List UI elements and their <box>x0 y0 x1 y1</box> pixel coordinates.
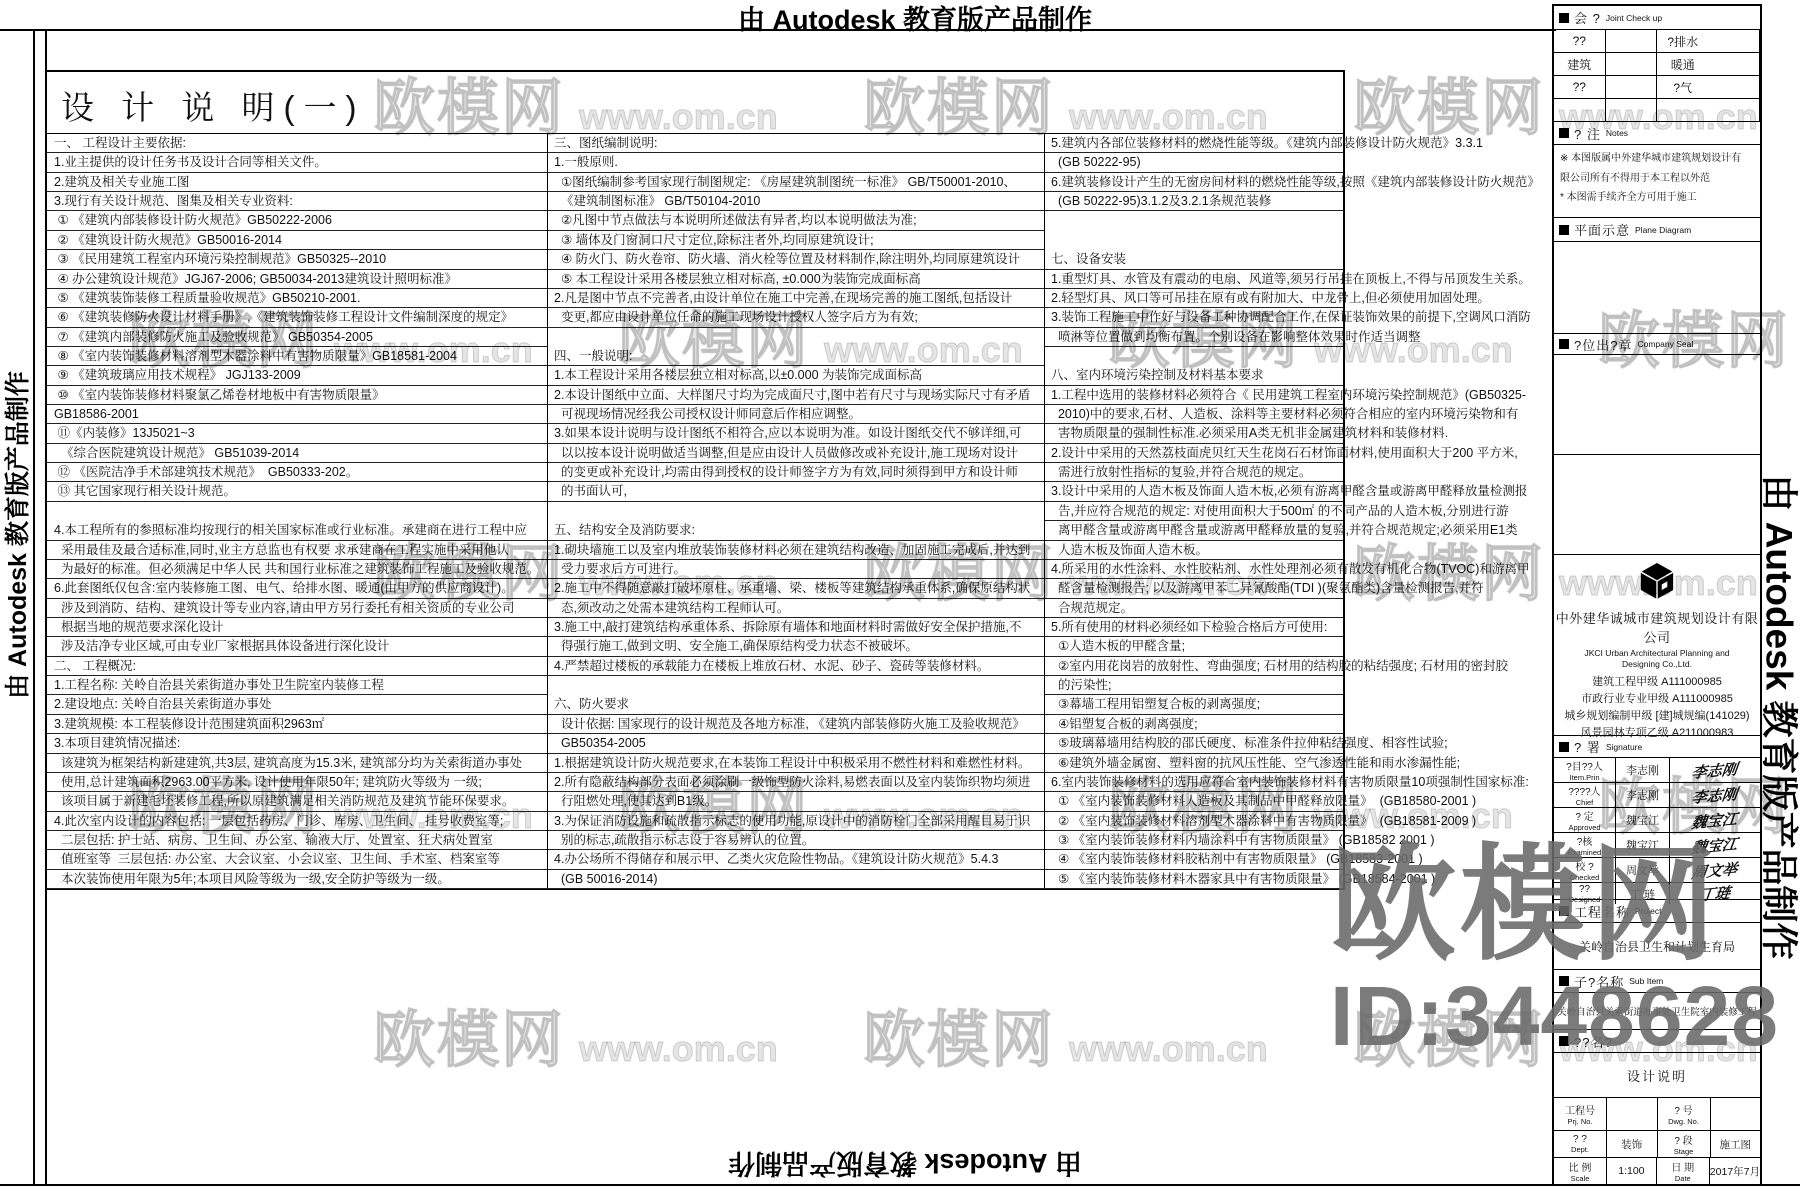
table-row: 2.轻型灯具、风口等可吊挂在原有或有附加大、中龙骨上,但必须使用加固处理。 <box>1044 289 1343 308</box>
title-block: 会 ? Joint Check up ???排水建筑暖通???气 ? 注 Not… <box>1552 4 1762 1186</box>
joint-check-cell <box>1606 30 1658 53</box>
company-logo-icon <box>1638 562 1676 600</box>
dept-value: 装饰 <box>1607 1131 1658 1157</box>
signature-role: ?目??人 Item.Prin <box>1554 758 1616 782</box>
table-row: 值班室等 三层包括: 办公室、大会议室、小会议室、卫生间、手术室、档案室等 <box>47 850 547 869</box>
table-row: 3.建筑规模: 本工程装修设计范围建筑面积2963㎡ <box>47 715 547 734</box>
table-row: 6.室内装饰装修材料的选用应符合室内装饰装修材料有害物质限量10项强制性国家标准… <box>1044 773 1343 792</box>
joint-check-cell <box>1709 99 1761 122</box>
table-row: ④ 办公建筑设计规范》JGJ67-2006; GB50034-2013建筑设计照… <box>47 270 547 289</box>
table-row: 变更,都应由设计单位任命的施工现场设计授权人签字后方为有效; <box>547 308 1044 327</box>
section-marker-icon <box>1559 13 1569 23</box>
notes-columns: 一、 工程设计主要依据:1.业主提供的设计任务书及设计合同等相关文件。2.建筑及… <box>47 134 1343 889</box>
table-row: 2.建筑及相关专业施工图 <box>47 173 547 192</box>
signature-header: ? 署 Signature <box>1554 736 1760 758</box>
table-row: 2.施工中不得随意敲打破坏原柱、承重墙、梁、楼板等建筑结构承重体系,确保原结构状 <box>547 579 1044 598</box>
table-row: 醛含量检测报告; 以及游离甲苯二异氰酸酯(TDI )(聚氨酯类)含量检测报告,并… <box>1044 579 1343 598</box>
table-row: 根据当地的规范要求深化设计 <box>47 618 547 637</box>
table-row: 离甲醛含量或游离甲醛含量或游离甲醛释放量的复验,并符合规范规定;必须采用E1类 <box>1044 521 1343 540</box>
column-middle: 三、图纸编制说明:1.一般原则. ①图纸编制参考国家现行制图规定: 《房屋建筑制… <box>547 134 1044 889</box>
date-value: 2017年7月 <box>1710 1158 1760 1184</box>
project-header: 工程名称 Project <box>1554 900 1760 923</box>
table-row: ⑬ 其它国家现行相关设计规范。 <box>47 482 547 501</box>
table-row: ⑤玻璃幕墙用结构胶的邵氏硬度、标准条件拉伸粘结强度、相容性试验; <box>1044 734 1343 753</box>
table-row <box>47 502 547 521</box>
table-row: 喷淋等位置做到均衡布置。个别设备在影响整体效果时作适当调整 <box>1044 328 1343 347</box>
table-row: ⑫ 《医院洁净手术部建筑技术规范》 GB50333-202。 <box>47 463 547 482</box>
drawing-number-value <box>1711 1098 1761 1130</box>
drawing-name: 设计说明 <box>1554 1053 1760 1098</box>
joint-check-cell <box>1709 53 1761 76</box>
sub-item-name: 关岭自治县关索街道办事处卫生院室内装修工程 <box>1554 993 1760 1030</box>
table-row: 3.设计中采用的人造木板及饰面人造木板,必须有游离甲醛含量或游离甲醛释放量检测报 <box>1044 482 1343 501</box>
joint-check-cell <box>1606 99 1658 122</box>
section-marker-icon <box>1559 906 1569 916</box>
table-row: 为最好的标准。但必须满足中华人民 共和国行业标准之建筑装饰工程施工及验收规范。 <box>47 560 547 579</box>
note-line: * 本图需手续齐全方可用于施工 <box>1560 188 1754 208</box>
table-row: GB18586-2001 <box>47 405 547 424</box>
joint-check-cell <box>1709 76 1761 99</box>
table-row: 《建筑制图标准》 GB/T50104-2010 <box>547 192 1044 211</box>
table-row: ④ 防火门、防火卷帘、防火墙、消火栓等位置及材料制作,除注明外,均同原建筑设计 <box>547 250 1044 269</box>
table-row: ⑦ 《建筑内部装修防火施工及验收规范》 GB50354-2005 <box>47 328 547 347</box>
table-row: ②室内用花岗岩的放射性、弯曲强度; 石材用的结构胶的粘结强度; 石材用的密封胶 <box>1044 657 1343 676</box>
column-divider-2 <box>1044 133 1045 888</box>
signature-handwriting: 李志刚 <box>1670 758 1760 782</box>
table-row: 二层包括: 护士站、病房、卫生间、办公室、输液大厅、处置室、狂犬病处置室 <box>47 831 547 850</box>
table-row: 《综合医院建筑设计规范》 GB51039-2014 <box>47 444 547 463</box>
table-row: 采用最佳及最合适标准,同时,业主方总监也有权要 求承建商在工程实施中采用他认 <box>47 541 547 560</box>
signature-role: ????人 Chief <box>1554 783 1616 807</box>
table-row: ④铝塑复合板的剥离强度; <box>1044 715 1343 734</box>
joint-check-cell: ?? <box>1554 30 1606 53</box>
column-right: 5.建筑内各部位装修材料的燃烧性能等级。《建筑内部装修设计防火规范》3.3.1 … <box>1044 134 1343 889</box>
dept-stage-row: ? ? Dept. 装饰 ? 段 Stage 施工图 <box>1554 1131 1760 1158</box>
table-row: 4.严禁超过楼板的承载能力在楼板上堆放石材、水泥、砂子、瓷砖等装修材料。 <box>547 657 1044 676</box>
company-name-en: JKCI Urban Architectural Planning and De… <box>1554 648 1760 670</box>
signature-name: 李志刚 <box>1616 758 1670 782</box>
table-row: 6.此套图纸仅包含:室内装修施工图、电气、给排水图、暖通(由甲方的供应商设计)。 <box>47 579 547 598</box>
table-row: 1.一般原则. <box>547 153 1044 172</box>
joint-check-cell: ?排水 <box>1657 30 1709 53</box>
table-row: 1.工程中选用的装修材料必须符合《 民用建筑工程室内环境污染控制规范》(GB50… <box>1044 386 1343 405</box>
table-row: ① 《建筑内部装修设计防火规范》GB50222-2006 <box>47 211 547 230</box>
signature-row: ?核 Examined 魏宝江 魏宝江 <box>1554 833 1760 858</box>
table-row: 1.业主提供的设计任务书及设计合同等相关文件。 <box>47 153 547 172</box>
joint-check-cell: 暖通 <box>1657 53 1709 76</box>
table-row: (GB 50016-2014) <box>547 870 1044 889</box>
table-row: 的变更或补充设计,均需由得到授权的设计师签字方为有效,同时须得到甲方和设计师 <box>547 463 1044 482</box>
autodesk-banner-left: 由 Autodesk 教育版产品制作 <box>0 320 34 750</box>
table-row: 六、防火要求 <box>547 695 1044 714</box>
table-row: (GB 50222-95)3.1.2及3.2.1条规范装修 <box>1044 192 1343 211</box>
table-row: 别的标志,疏散指示标志设于容易辨认的位置。 <box>547 831 1044 850</box>
project-number-row: 工程号 Prj. No. ? 号 Dwg. No. <box>1554 1098 1760 1131</box>
joint-check-cell <box>1606 76 1658 99</box>
table-row: ② 《室内装饰装修材料溶剂型木器涂料中有害物质限量》 (GB18581-2009… <box>1044 812 1343 831</box>
table-row: 使用,总计建筑面积2963.00平方米, 设计使用年限50年; 建筑防火等级为 … <box>47 773 547 792</box>
sub-item-header: 子?名称 Sub Item <box>1554 970 1760 993</box>
column-left: 一、 工程设计主要依据:1.业主提供的设计任务书及设计合同等相关文件。2.建筑及… <box>47 134 547 889</box>
table-row: ②凡图中节点做法与本说明所述做法有异者,均以本说明做法为准; <box>547 211 1044 230</box>
table-row: ③ 《民用建筑工程室内环境污染控制规范》GB50325--2010 <box>47 250 547 269</box>
company-seal-header: ?位出?章 Company Seal <box>1554 334 1760 355</box>
page-title: 设 计 说 明(一) <box>61 82 365 129</box>
company-block: 中外建华诚城市建筑规划设计有限公司 JKCI Urban Architectur… <box>1554 555 1760 736</box>
table-row: 5.所有使用的材料必须经如下检验合格后方可使用: <box>1044 618 1343 637</box>
table-row: 3.为保证消防设施和疏散指示标志的使用功能,原设计中的消防栓门全部采用醒目易于识 <box>547 812 1044 831</box>
table-row: 七、设备安装 <box>1044 250 1343 269</box>
table-row: ⑤ 本工程设计采用各楼层独立相对标高, ±0.000为装饰完成面标高 <box>547 270 1044 289</box>
scale-value: 1:100 <box>1607 1158 1657 1184</box>
section-marker-icon <box>1559 128 1569 138</box>
credential-line: 城乡规划编制甲级 [建]城规编(141029) <box>1554 708 1760 725</box>
table-row: ⑥建筑外墙金属窗、塑料窗的抗风压性能、空气渗透性能和雨水渗漏性能; <box>1044 754 1343 773</box>
table-row: 的污染性; <box>1044 676 1343 695</box>
table-row <box>547 502 1044 521</box>
table-row: 1.本工程设计采用各楼层独立相对标高,以±0.000 为装饰完成面标高 <box>547 366 1044 385</box>
table-row: 态,须改动之处需本建筑结构工程师认可。 <box>547 599 1044 618</box>
drawing-sheet: 由 Autodesk 教育版产品制作 由 Autodesk 教育版产品制作 由 … <box>0 0 1800 1200</box>
signature-handwriting: 李志刚 <box>1670 783 1760 807</box>
table-row: ①图纸编制参考国家现行制图规定: 《房屋建筑制图统一标准》 GB/T50001-… <box>547 173 1044 192</box>
table-row: ③幕墙工程用铝塑复合板的剥离强度; <box>1044 695 1343 714</box>
dept-label: ? ? Dept. <box>1554 1131 1607 1157</box>
signature-row: ?目??人 Item.Prin 李志刚 李志刚 <box>1554 758 1760 783</box>
table-row: ⑩ 《室内装饰装修材料聚氯乙烯卷材地板中有害物质限量》 <box>47 386 547 405</box>
company-credentials: 建筑工程甲级 A111000985市政行业专业甲级 A111000985城乡规划… <box>1554 674 1760 742</box>
signature-role: ?核 Examined <box>1554 833 1616 857</box>
table-row <box>547 676 1044 695</box>
scale-date-row: 比 例 Scale 1:100 日 期 Date 2017年7月 <box>1554 1158 1760 1184</box>
credential-line: 市政行业专业甲级 A111000985 <box>1554 691 1760 708</box>
table-row: 3.现行有关设计规范、图集及相关专业资料: <box>47 192 547 211</box>
table-row: 3.如果本设计说明与设计图纸不相符合,应以本说明为准。如设计图纸交代不够详细,可 <box>547 424 1044 443</box>
drawing-number-label: ? 号 Dwg. No. <box>1658 1098 1711 1130</box>
project-number-value <box>1607 1098 1658 1130</box>
signature-name: 李志刚 <box>1616 783 1670 807</box>
table-row: ⑤ 《建筑装饰装修工程质量验收规范》GB50210-2001. <box>47 289 547 308</box>
table-row: ①人造木板的甲醛含量; <box>1044 637 1343 656</box>
project-name: 关岭自治县卫生和计划生育局 <box>1554 923 1760 970</box>
table-row: GB50354-2005 <box>547 734 1044 753</box>
table-row: 4.本工程所有的参照标准均按现行的相关国家标准或行业标准。承建商在进行工程中应 <box>47 521 547 540</box>
joint-check-cell: ?气 <box>1657 76 1709 99</box>
table-row: 合规范规定。 <box>1044 599 1343 618</box>
table-row: 2.所有隐蔽结构部分表面必须涂刷一级饰型防火涂料,易燃表面以及室内装饰织物均须进 <box>547 773 1044 792</box>
table-row <box>547 328 1044 347</box>
credential-line: 建筑工程甲级 A111000985 <box>1554 674 1760 691</box>
stage-label: ? 段 Stage <box>1658 1131 1711 1157</box>
section-marker-icon <box>1559 1036 1569 1046</box>
section-marker-icon <box>1559 742 1569 752</box>
signature-name: 魏宝江 <box>1616 808 1670 832</box>
section-marker-icon <box>1559 339 1569 349</box>
table-row: ⑥ 《建筑装修防火设计材料手册》,《建筑装饰装修工程设计文件编制深度的规定》 <box>47 308 547 327</box>
table-row: ⑤ 《室内装饰装修材料木器家具中有害物质限量》 (GB18584-2001 ) <box>1044 870 1343 889</box>
table-row: 2.凡是图中节点不完善者,由设计单位在施工中完善,在现场完善的施工图纸,包括设计 <box>547 289 1044 308</box>
table-row: 4.办公场所不得储存和展示甲、乙类火灾危险性物品。《建筑设计防火规范》5.4.3 <box>547 850 1044 869</box>
table-row: ④ 《室内装饰装修材料胶粘剂中有害物质限量》 (GB18583-2001 ) <box>1044 850 1343 869</box>
table-row: 1.砌块墙施工以及室内堆放装饰装修材料必须在建筑结构改造、加固施工完成后,并达到 <box>547 541 1044 560</box>
design-notes-table: 设 计 说 明(一) 一、 工程设计主要依据:1.业主提供的设计任务书及设计合同… <box>45 70 1345 890</box>
notes-body: ※ 本图版属中外建华城市建筑规划设计有 限公司所有不得用于本工程以外范* 本图需… <box>1554 145 1760 218</box>
signature-handwriting: 周文举 <box>1670 858 1760 882</box>
table-row: ① 《室内装饰装修材料人造板及其制品中甲醛释放限量》 (GB18580-2001… <box>1044 792 1343 811</box>
table-row: 2.建设地点: 关岭自治县关索街道办事处 <box>47 695 547 714</box>
table-row <box>1044 211 1343 230</box>
joint-check-cell: 建筑 <box>1554 53 1606 76</box>
joint-check-cell: ?? <box>1554 76 1606 99</box>
table-row: 人造木板及饰面人造木板。 <box>1044 541 1343 560</box>
section-marker-icon <box>1559 976 1569 986</box>
table-row: 2.本设计图纸中立面、大样图尺寸均为完成面尺寸,图中若有尺寸与现场实际尺寸有矛盾 <box>547 386 1044 405</box>
autodesk-banner-right: 由 Autodesk 教育版产品制作 <box>1756 390 1800 1045</box>
stage-value: 施工图 <box>1711 1131 1761 1157</box>
joint-check-cell <box>1554 99 1606 122</box>
project-number-label: 工程号 Prj. No. <box>1554 1098 1607 1130</box>
table-row: 得强行施工,做到文明、安全施工,确保原结构受力状态不被破坏。 <box>547 637 1044 656</box>
table-row: ⑨ 《建筑玻璃应用技术规程》 JGJ133-2009 <box>47 366 547 385</box>
signature-name: 魏宝江 <box>1616 833 1670 857</box>
signature-row: ????人 Chief 李志刚 李志刚 <box>1554 783 1760 808</box>
table-row: 四、一般说明: <box>547 347 1044 366</box>
joint-check-grid: ???排水建筑暖通???气 <box>1554 30 1760 122</box>
table-row: 三、图纸编制说明: <box>547 134 1044 153</box>
table-row: 3.本项目建筑情况描述: <box>47 734 547 753</box>
table-row: 八、室内环境污染控制及材料基本要求 <box>1044 366 1343 385</box>
company-name-cn: 中外建华诚城市建筑规划设计有限公司 <box>1554 608 1760 646</box>
notes-header: ? 注 Notes <box>1554 122 1760 145</box>
table-row: 6.建筑装修设计产生的无窗房间材料的燃烧性能等级,按照《建筑内部装修设计防火规范… <box>1044 173 1343 192</box>
plane-diagram-box <box>1554 242 1760 334</box>
table-row: 3.装饰工程施工中作好与设备工种协调配合工作,在保证装饰效果的前提下,空调风口消… <box>1044 308 1343 327</box>
table-row: 5.建筑内各部位装修材料的燃烧性能等级。《建筑内部装修设计防火规范》3.3.1 <box>1044 134 1343 153</box>
note-line: 限公司所有不得用于本工程以外范 <box>1560 169 1754 189</box>
table-row: ③ 《室内装饰装修材料内墙涂料中有害物质限量》 (GB18582 2001 ) <box>1044 831 1343 850</box>
table-row: 本次装饰使用年限为5年;本项目风险等级为一级,安全防护等级为一级。 <box>47 870 547 889</box>
table-row: 涉及洁净专业区域,可由专业厂家根据具体设备进行深化设计 <box>47 637 547 656</box>
table-row: 2010)中的要求,石材、人造板、涂料等主要材料必须符合相应的室内环境污染物和有 <box>1044 405 1343 424</box>
table-row <box>1044 231 1343 250</box>
signature-handwriting: 魏宝江 <box>1670 833 1760 857</box>
joint-check-header: 会 ? Joint Check up <box>1554 6 1760 30</box>
table-row: (GB 50222-95) <box>1044 153 1343 172</box>
joint-check-cell <box>1709 30 1761 53</box>
signature-row: ? 定 Approved 魏宝江 魏宝江 <box>1554 808 1760 833</box>
table-row: ⑧ 《室内装饰装修材料溶剂型木器涂料中有害物质限量》GB18581-2004 <box>47 347 547 366</box>
table-row: 一、 工程设计主要依据: <box>47 134 547 153</box>
table-row: 设计依据: 国家现行的设计规范及各地方标准, 《建筑内部装修防火施工及验收规范》 <box>547 715 1044 734</box>
note-line: ※ 本图版属中外建华城市建筑规划设计有 <box>1560 149 1754 169</box>
table-row: 五、结构安全及消防要求: <box>547 521 1044 540</box>
table-row: ② 《建筑设计防火规范》GB50016-2014 <box>47 231 547 250</box>
section-marker-icon <box>1559 225 1569 235</box>
signature-role: ? 定 Approved <box>1554 808 1616 832</box>
table-row: 3.施工中,敲打建筑结构承重体系、拆除原有墙体和地面材料时需做好安全保护措施,不 <box>547 618 1044 637</box>
table-row: 需进行放射性指标的复验,并符合规范的规定。 <box>1044 463 1343 482</box>
table-row: 该建筑为框架结构新建建筑,共3层, 建筑高度为15.3米, 建筑部分均为关索街道… <box>47 754 547 773</box>
table-row: 2.设计中采用的天然荔枝面虎贝红天生花岗石石材饰面材料,使用面积大于200 平方… <box>1044 444 1343 463</box>
signature-role: 校 ? Checked <box>1554 858 1616 882</box>
table-row: 可视现场情况经我公司授权设计师同意后作相应调整。 <box>547 405 1044 424</box>
table-row: ③ 墙体及门窗洞口尺寸定位,除标注者外,均同原建筑设计; <box>547 231 1044 250</box>
autodesk-banner-bottom: 由 Autodesk 教育版产品制作 <box>585 1146 1225 1185</box>
company-seal-box <box>1554 355 1760 455</box>
table-row: 告,并应符合规范的规定: 对使用面积大于500㎡ 的不同产品的人造木板,分别进行… <box>1044 502 1343 521</box>
autodesk-banner-top: 由 Autodesk 教育版产品制作 <box>595 0 1235 37</box>
table-row: 1.根据建筑设计防火规范要求,在本装饰工程设计中积极采用不燃性材料和难燃性材料。 <box>547 754 1044 773</box>
signature-row: 校 ? Checked 周文举 周文举 <box>1554 858 1760 883</box>
table-row: 4.此次室内设计的内容包括: 一层包括药房、门诊、库房、卫生间、 挂号收费室等; <box>47 812 547 831</box>
plane-diagram-header: 平面示意 Plane Diagram <box>1554 218 1760 242</box>
table-row: 4.所采用的水性涂料、水性胶粘剂、水性处理剂必须有散发有机化合物(TVOC)和游… <box>1044 560 1343 579</box>
table-row: 受力要求后方可进行。 <box>547 560 1044 579</box>
title-zone: 设 计 说 明(一) <box>47 72 1343 134</box>
column-divider-1 <box>547 133 548 888</box>
joint-check-cell <box>1657 99 1709 122</box>
watermark-tile: 欧模网www.om.cn <box>863 990 1268 1079</box>
scale-label: 比 例 Scale <box>1554 1158 1607 1184</box>
watermark-tile: 欧模网www.om.cn <box>373 990 778 1079</box>
table-row: 该项目属于新建毛坯装修工程,所以原建筑满足相关消防规范及建筑节能环保要求。 <box>47 792 547 811</box>
table-row: 以以按本设计说明做适当调整,但是应由设计人员做修改或补充设计,施工现场对设计 <box>547 444 1044 463</box>
signature-name: 周文举 <box>1616 858 1670 882</box>
joint-check-cell <box>1606 53 1658 76</box>
drawing-name-header: ??名? <box>1554 1030 1760 1053</box>
table-row: 行阻燃处理,使其达到B1级。 <box>547 792 1044 811</box>
table-row: 的书面认可, <box>547 482 1044 501</box>
company-seal-box-2 <box>1554 455 1760 555</box>
signature-handwriting: 魏宝江 <box>1670 808 1760 832</box>
table-row: 二、 工程概况: <box>47 657 547 676</box>
date-label: 日 期 Date <box>1657 1158 1710 1184</box>
table-row <box>1044 347 1343 366</box>
table-row: 1.工程名称: 关岭自治县关索街道办事处卫生院室内装修工程 <box>47 676 547 695</box>
table-row: 1.重型灯具、水管及有震动的电扇、风道等,须另行吊挂在顶板上,不得与吊顶发生关系… <box>1044 270 1343 289</box>
table-row: ⑪《内装修》13J5021~3 <box>47 424 547 443</box>
table-row: 害物质限量的强制性标准.必须采用A类无机非金属建筑材料和装修材料. <box>1044 424 1343 443</box>
table-row: 涉及到消防、结构、建筑设计等专业内容,请由甲方另行委托有相关资质的专业公司 <box>47 599 547 618</box>
signature-table: ?目??人 Item.Prin 李志刚 李志刚 ????人 Chief 李志刚 … <box>1554 758 1760 900</box>
